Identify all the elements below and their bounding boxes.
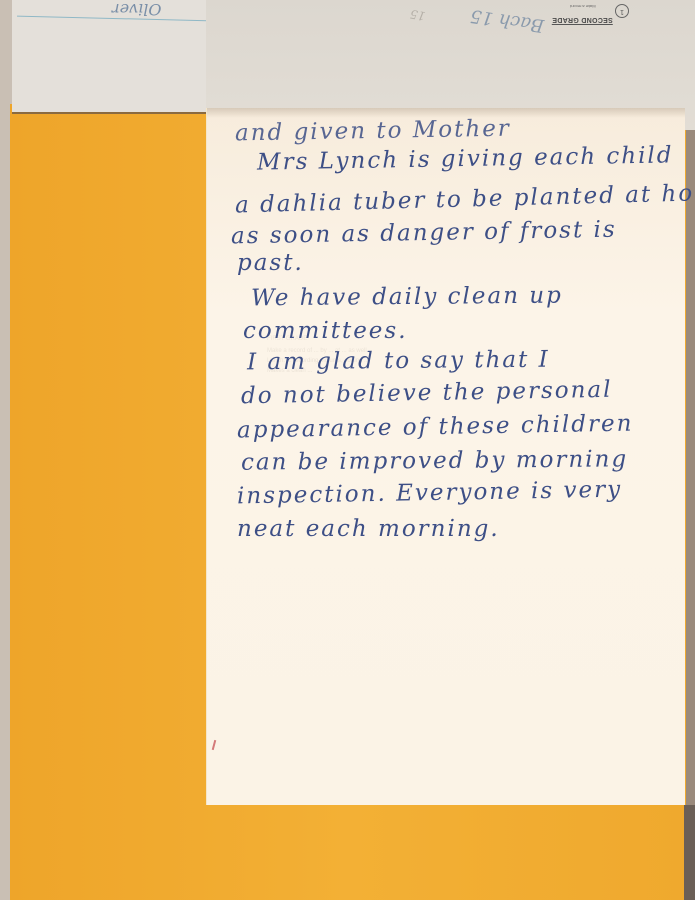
form-printed-note: Make a record [570,4,596,9]
scanner-right-edge [684,805,695,900]
handwritten-line: neat each morning. [237,516,500,542]
handwritten-line: and given to Mother [235,116,511,147]
handwritten-line: do not believe the personal [241,377,613,409]
handwritten-line: past. [237,250,304,276]
handwritten-line: We have daily clean up [251,283,563,312]
handwritten-line: inspection. Everyone is very [237,477,623,510]
form-circled-number: 1 [615,4,629,18]
pencil-scrawl: Oliver [112,0,162,19]
form-printed-label: SECOND GRADE [552,16,613,25]
handwritten-line: appearance of these children [237,411,634,444]
handwritten-line: Mrs Lynch is giving each child [257,142,674,175]
top-form-left-portion: Oliver [12,0,212,114]
handwritten-line: committees. [243,318,408,344]
handwritten-line: I am glad to say that I [247,347,550,376]
handwritten-line: as soon as danger of frost is [231,217,617,250]
handwritten-line: can be improved by morning [241,446,628,475]
pencil-mark: 15 [409,7,426,23]
handwritten-line: a dahlia tuber to be planted at home [235,179,695,218]
handwritten-letter-page: FIRST GRADE Make a record of ... by ... … [207,108,685,805]
